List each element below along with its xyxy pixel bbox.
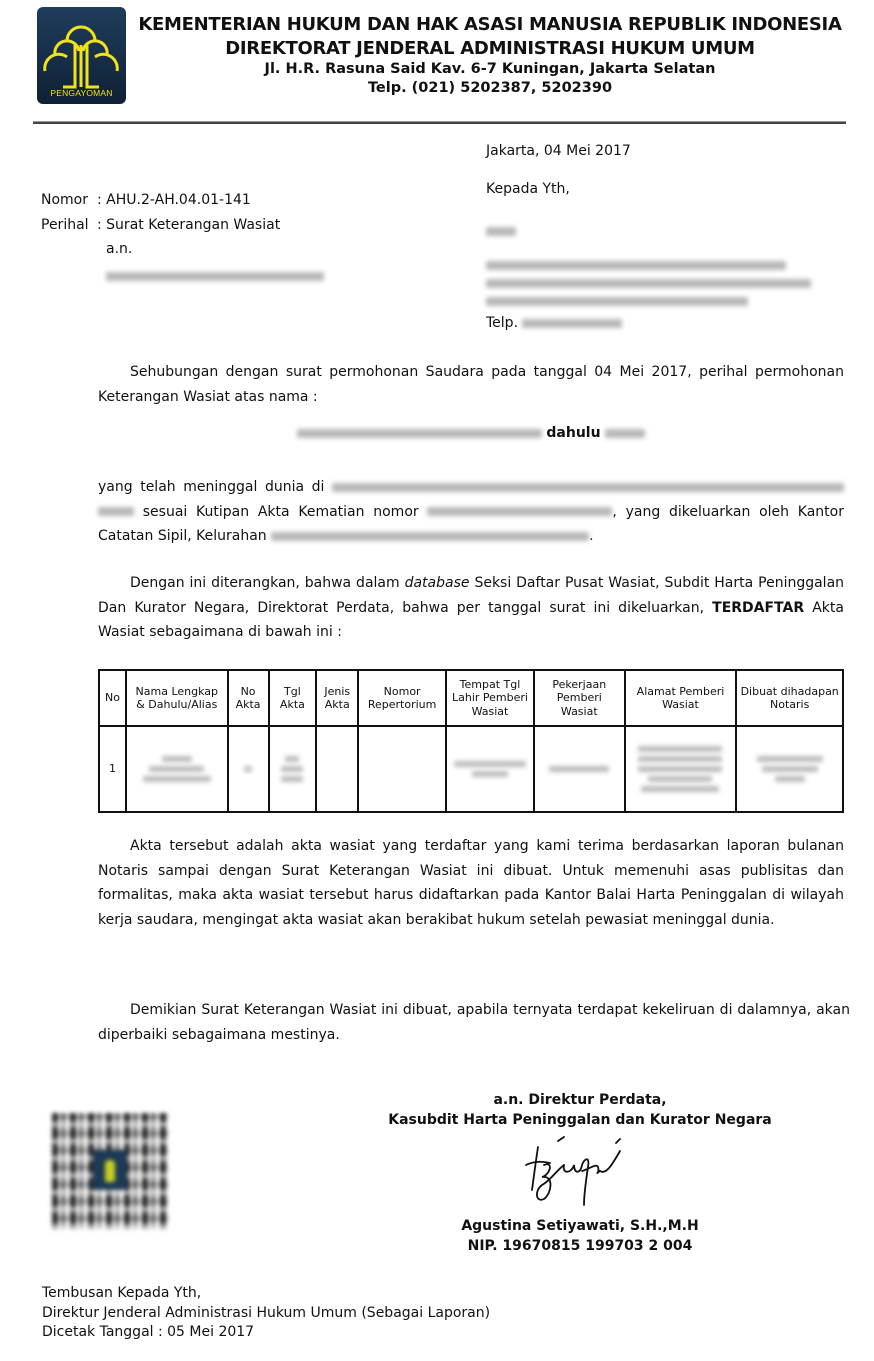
nomor-row: Nomor: AHU.2-AH.04.01-141 [41, 188, 251, 212]
logo-caption: PENGAYOMAN [37, 88, 126, 98]
cell-pekerjaan-redacted [534, 726, 625, 812]
header-divider [33, 121, 846, 124]
ministry-name: KEMENTERIAN HUKUM DAN HAK ASASI MANUSIA … [130, 14, 850, 35]
qr-logo-icon [93, 1150, 127, 1190]
paragraph-note: Akta tersebut adalah akta wasiat yang te… [98, 834, 844, 932]
paragraph-death-info: yang telah meninggal dunia di sesuai Kut… [98, 475, 844, 549]
perihal-row: Perihal: Surat Keterangan Wasiat [41, 213, 280, 237]
col-no-akta: No Akta [228, 670, 269, 726]
signatory-name: Agustina Setiyawati, S.H.,M.H [360, 1216, 800, 1236]
office-phone: Telp. (021) 5202387, 5202390 [130, 80, 850, 96]
nomor-label: Nomor [41, 188, 97, 212]
cc-heading: Tembusan Kepada Yth, [42, 1283, 201, 1303]
col-jenis-akta: Jenis Akta [316, 670, 358, 726]
qr-code [52, 1113, 168, 1229]
col-pekerjaan: Pekerjaan Pemberi Wasiat [534, 670, 625, 726]
printed-date: Dicetak Tanggal : 05 Mei 2017 [42, 1322, 254, 1342]
recipient-greeting: Kepada Yth, [486, 177, 570, 201]
cell-tgl-akta-redacted [269, 726, 317, 812]
ministry-logo: PENGAYOMAN [37, 7, 126, 104]
col-tgl-akta: Tgl Akta [269, 670, 317, 726]
deceased-name-line: dahulu [98, 421, 844, 445]
death-text-a: yang telah meninggal dunia di [98, 479, 324, 495]
nomor-colon: : [97, 192, 102, 208]
cell-nama-redacted [126, 726, 228, 812]
redacted-name [106, 268, 324, 284]
office-address: Jl. H.R. Rasuna Said Kav. 6-7 Kuningan, … [130, 61, 850, 77]
redacted-recipient-name [486, 223, 516, 239]
signatory-title-2: Kasubdit Harta Peninggalan dan Kurator N… [360, 1110, 800, 1130]
signatory-title-1: a.n. Direktur Perdata, [360, 1090, 800, 1110]
signatory-nip: NIP. 19670815 199703 2 004 [360, 1236, 800, 1256]
perihal-value: Surat Keterangan Wasiat [106, 217, 280, 233]
dahulu-label: dahulu [546, 425, 600, 441]
testament-table: No Nama Lengkap & Dahulu/Alias No Akta T… [98, 669, 844, 813]
col-alamat: Alamat Pemberi Wasiat [625, 670, 737, 726]
redacted-alias [605, 429, 645, 438]
redacted-recipient-address [486, 261, 816, 306]
cell-no-akta-redacted [228, 726, 269, 812]
table-header-row: No Nama Lengkap & Dahulu/Alias No Akta T… [99, 670, 843, 726]
col-nama: Nama Lengkap & Dahulu/Alias [126, 670, 228, 726]
redacted-phone [522, 319, 622, 328]
cell-alamat-redacted [625, 726, 737, 812]
an-label: a.n. [106, 237, 132, 261]
cell-notaris-redacted [736, 726, 843, 812]
redacted-deceased-name [297, 429, 542, 438]
table-row: 1 [99, 726, 843, 812]
place-date: Jakarta, 04 Mei 2017 [486, 139, 631, 163]
col-tempat-tgl-lahir: Tempat Tgl Lahir Pemberi Wasiat [446, 670, 534, 726]
cell-jenis-akta [316, 726, 358, 812]
death-text-b: sesuai Kutipan Akta Kematian nomor [143, 504, 419, 520]
col-no: No [99, 670, 126, 726]
perihal-colon: : [97, 217, 102, 233]
paragraph-request: Sehubungan dengan surat permohonan Sauda… [98, 360, 844, 409]
cell-tempat-lahir-redacted [446, 726, 534, 812]
registration-bold: TERDAFTAR [712, 600, 804, 616]
nomor-value: AHU.2-AH.04.01-141 [106, 192, 251, 208]
death-text-d: . [589, 528, 593, 544]
cell-no: 1 [99, 726, 126, 812]
col-notaris: Dibuat dihadapan Notaris [736, 670, 843, 726]
registration-italic: database [405, 575, 470, 591]
cell-nomor-repertorium [358, 726, 446, 812]
paragraph-registration: Dengan ini diterangkan, bahwa dalam data… [98, 571, 844, 645]
directorate-name: DIREKTORAT JENDERAL ADMINISTRASI HUKUM U… [130, 38, 850, 59]
cc-recipient: Direktur Jenderal Administrasi Hukum Umu… [42, 1303, 490, 1323]
phone-label: Telp. [486, 315, 518, 331]
paragraph-closing: Demikian Surat Keterangan Wasiat ini dib… [98, 998, 850, 1047]
perihal-label: Perihal [41, 213, 97, 237]
col-nomor-repertorium: Nomor Repertorium [358, 670, 446, 726]
handwritten-signature-icon [520, 1135, 635, 1210]
registration-text-a: Dengan ini diterangkan, bahwa dalam [130, 575, 400, 591]
recipient-phone-row: Telp. [486, 311, 622, 335]
